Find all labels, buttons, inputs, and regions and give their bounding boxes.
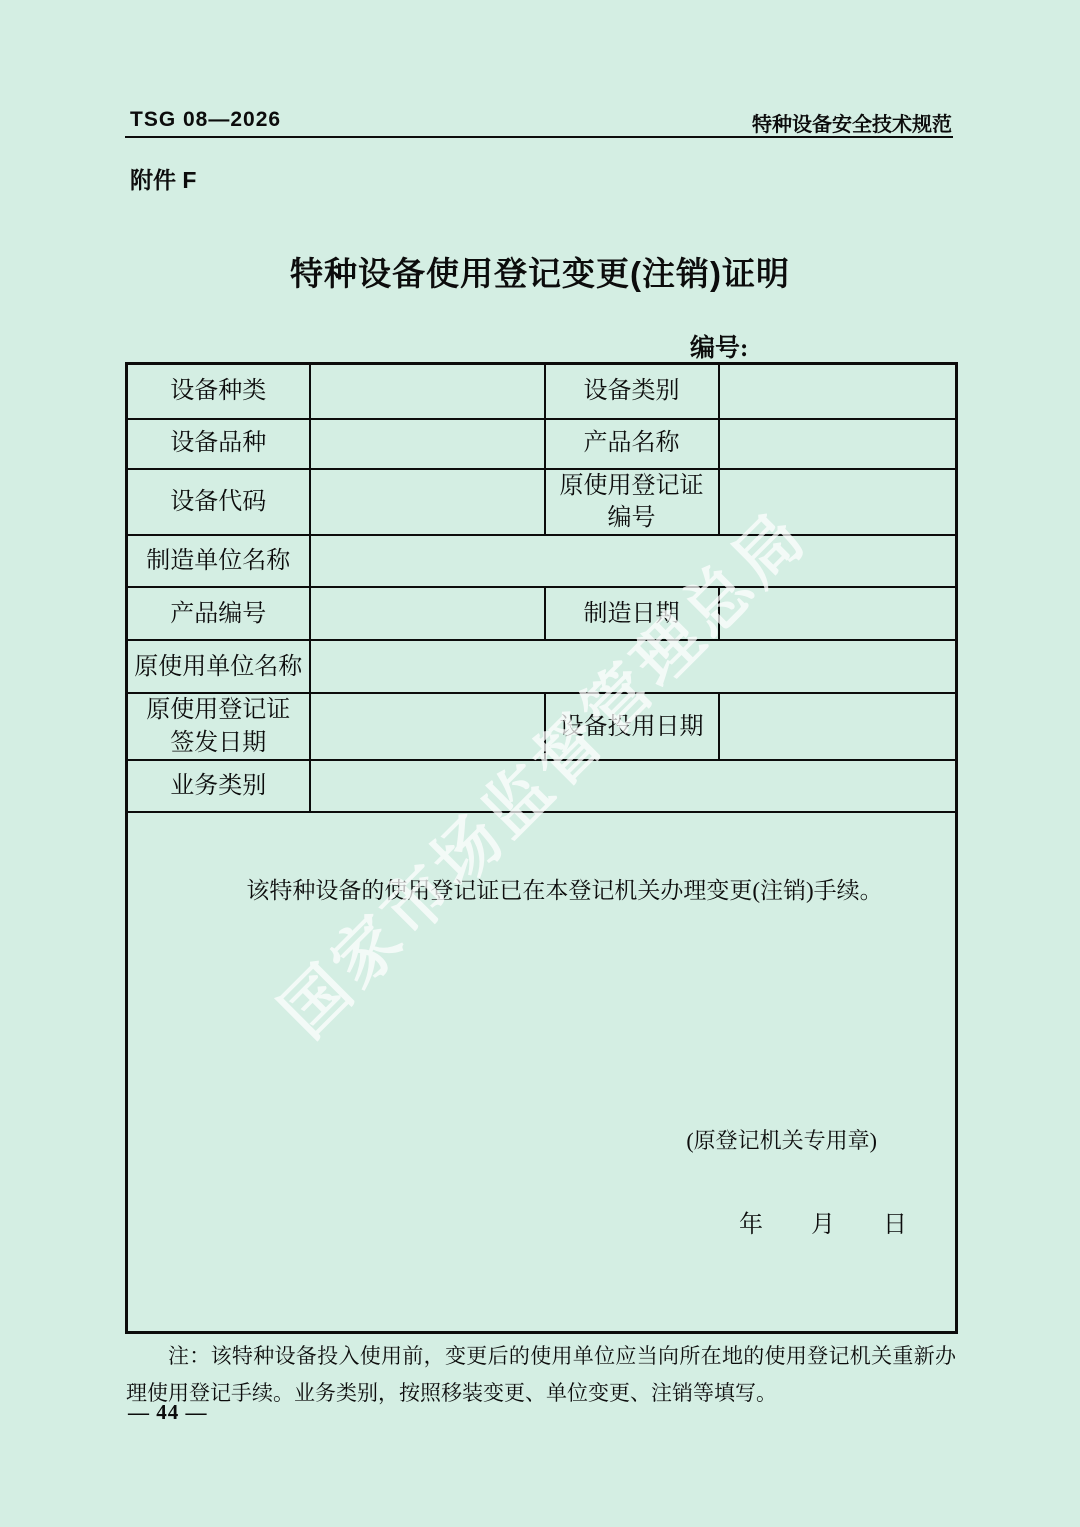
field-value-manufacture-date (719, 587, 957, 640)
header-divider (125, 136, 953, 138)
field-value-product-name (719, 419, 957, 469)
table-row: 原使用单位名称 (127, 640, 957, 693)
field-label-device-code: 设备代码 (127, 469, 310, 536)
field-value-original-cert-issue-date (310, 693, 545, 760)
table-row: 产品编号 制造日期 (127, 587, 957, 640)
certification-statement: 该特种设备的使用登记证已在本登记机关办理变更(注销)手续。 (128, 875, 955, 906)
field-label-product-number: 产品编号 (127, 587, 310, 640)
date-line: 年 月 日 (739, 1209, 907, 1241)
footnote: 注：该特种设备投入使用前，变更后的使用单位应当向所在地的使用登记机关重新办理使用… (126, 1338, 956, 1412)
field-label-manufacture-date: 制造日期 (545, 587, 719, 640)
field-value-business-category (310, 760, 957, 812)
header-standard-code: TSG 08—2026 (130, 108, 281, 132)
field-value-device-variety (310, 419, 545, 469)
document-page: TSG 08—2026 特种设备安全技术规范 附件 F 特种设备使用登记变更(注… (0, 0, 1080, 1527)
field-value-original-cert-number (719, 469, 957, 536)
table-row: 业务类别 (127, 760, 957, 812)
table-row: 制造单位名称 (127, 535, 957, 587)
page-title: 特种设备使用登记变更(注销)证明 (0, 248, 1080, 295)
field-value-manufacturer-name (310, 535, 957, 587)
field-label-original-cert-number: 原使用登记证 编号 (545, 469, 719, 536)
field-label-device-category: 设备类别 (545, 364, 719, 419)
table-row: 设备代码 原使用登记证 编号 (127, 469, 957, 536)
field-label-device-kind: 设备种类 (127, 364, 310, 419)
header-spec-title: 特种设备安全技术规范 (752, 108, 952, 137)
field-value-original-user-name (310, 640, 957, 693)
field-value-device-code (310, 469, 545, 536)
field-value-device-category (719, 364, 957, 419)
field-label-device-variety: 设备品种 (127, 419, 310, 469)
field-value-device-commission-date (719, 693, 957, 760)
certification-cell: 该特种设备的使用登记证已在本登记机关办理变更(注销)手续。 (原登记机关专用章)… (127, 812, 957, 1332)
field-label-product-name: 产品名称 (545, 419, 719, 469)
registration-form-table: 设备种类 设备类别 设备品种 产品名称 设备代码 原使用登记证 编号 制造单位名… (125, 362, 958, 1334)
field-value-device-kind (310, 364, 545, 419)
field-label-original-user-name: 原使用单位名称 (127, 640, 310, 693)
page-number: — 44 — (128, 1400, 208, 1425)
table-row: 设备品种 产品名称 (127, 419, 957, 469)
field-label-manufacturer-name: 制造单位名称 (127, 535, 310, 587)
official-seal-note: (原登记机关专用章) (686, 1126, 877, 1156)
field-label-device-commission-date: 设备投用日期 (545, 693, 719, 760)
field-label-original-cert-issue-date: 原使用登记证 签发日期 (127, 693, 310, 760)
field-value-product-number (310, 587, 545, 640)
table-row: 原使用登记证 签发日期 设备投用日期 (127, 693, 957, 760)
certificate-number-label: 编号: (690, 328, 748, 364)
table-row: 设备种类 设备类别 (127, 364, 957, 419)
field-label-business-category: 业务类别 (127, 760, 310, 812)
attachment-label: 附件 F (130, 162, 196, 195)
table-row: 该特种设备的使用登记证已在本登记机关办理变更(注销)手续。 (原登记机关专用章)… (127, 812, 957, 1332)
